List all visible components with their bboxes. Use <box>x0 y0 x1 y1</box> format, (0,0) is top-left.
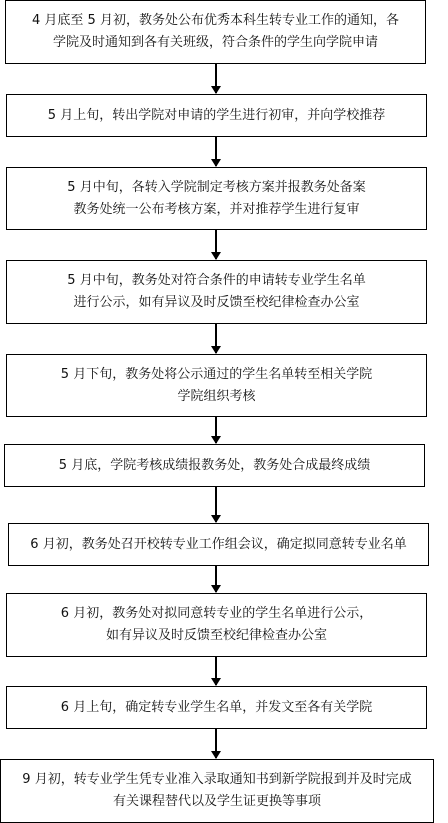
step-3-line-2: 教务处统一公布考核方案，并对推荐学生进行复审 <box>73 199 359 221</box>
step-6-line-1: 5 月底，学院考核成绩报教务处，教务处合成最终成绩 <box>59 455 370 477</box>
step-2-line-1: 5 月上旬，转出学院对申请的学生进行初审，并向学校推荐 <box>48 105 385 127</box>
arrow-down-icon <box>215 566 217 592</box>
step-10-line-1: 9 月初，转专业学生凭专业准入录取通知书到新学院报到并及时完成 <box>22 769 411 791</box>
step-1-box: 4 月底至 5 月初，教务处公布优秀本科生转专业工作的通知，各 学院及时通知到各… <box>5 0 426 64</box>
step-9-box: 6 月上旬，确定转专业学生名单，并发文至各有关学院 <box>6 686 427 729</box>
step-9-line-1: 6 月上旬，确定转专业学生名单，并发文至各有关学院 <box>61 697 372 719</box>
step-7-box: 6 月初，教务处召开校转专业工作组会议，确定拟同意转专业名单 <box>8 523 429 566</box>
step-1-line-2: 学院及时通知到各有关班级，符合条件的学生向学院申请 <box>53 32 378 54</box>
step-10-box: 9 月初，转专业学生凭专业准入录取通知书到新学院报到并及时完成 有关课程替代以及… <box>0 759 434 823</box>
step-4-line-1: 5 月中旬，教务处对符合条件的申请转专业学生名单 <box>67 270 365 292</box>
arrow-down-icon <box>215 137 217 166</box>
step-4-line-2: 进行公示，如有异议及时反馈至校纪律检查办公室 <box>73 292 359 314</box>
step-5-line-1: 5 月下旬，教务处将公示通过的学生名单转至相关学院 <box>61 364 372 386</box>
arrow-down-icon <box>215 487 217 522</box>
arrow-down-icon <box>215 657 217 685</box>
arrow-down-icon <box>215 324 217 353</box>
arrow-down-icon <box>215 729 217 758</box>
step-10-line-2: 有关课程替代以及学生证更换等事项 <box>113 791 321 813</box>
step-7-line-1: 6 月初，教务处召开校转专业工作组会议，确定拟同意转专业名单 <box>30 534 406 556</box>
step-4-box: 5 月中旬，教务处对符合条件的申请转专业学生名单 进行公示，如有异议及时反馈至校… <box>6 260 427 324</box>
step-3-box: 5 月中旬，各转入学院制定考核方案并报教务处备案 教务处统一公布考核方案，并对推… <box>6 167 427 230</box>
step-8-line-2: 如有异议及时反馈至校纪律检查办公室 <box>106 625 327 647</box>
step-3-line-1: 5 月中旬，各转入学院制定考核方案并报教务处备案 <box>67 177 365 199</box>
step-5-line-2: 学院组织考核 <box>177 386 255 408</box>
arrow-down-icon <box>215 417 217 443</box>
arrow-down-icon <box>215 64 217 93</box>
arrow-down-icon <box>215 230 217 259</box>
step-2-box: 5 月上旬，转出学院对申请的学生进行初审，并向学校推荐 <box>6 94 427 137</box>
step-8-box: 6 月初，教务处对拟同意转专业的学生名单进行公示， 如有异议及时反馈至校纪律检查… <box>6 593 427 657</box>
step-6-box: 5 月底，学院考核成绩报教务处，教务处合成最终成绩 <box>4 444 425 487</box>
step-1-line-1: 4 月底至 5 月初，教务处公布优秀本科生转专业工作的通知，各 <box>32 10 399 32</box>
step-8-line-1: 6 月初，教务处对拟同意转专业的学生名单进行公示， <box>61 603 372 625</box>
step-5-box: 5 月下旬，教务处将公示通过的学生名单转至相关学院 学院组织考核 <box>6 354 427 417</box>
